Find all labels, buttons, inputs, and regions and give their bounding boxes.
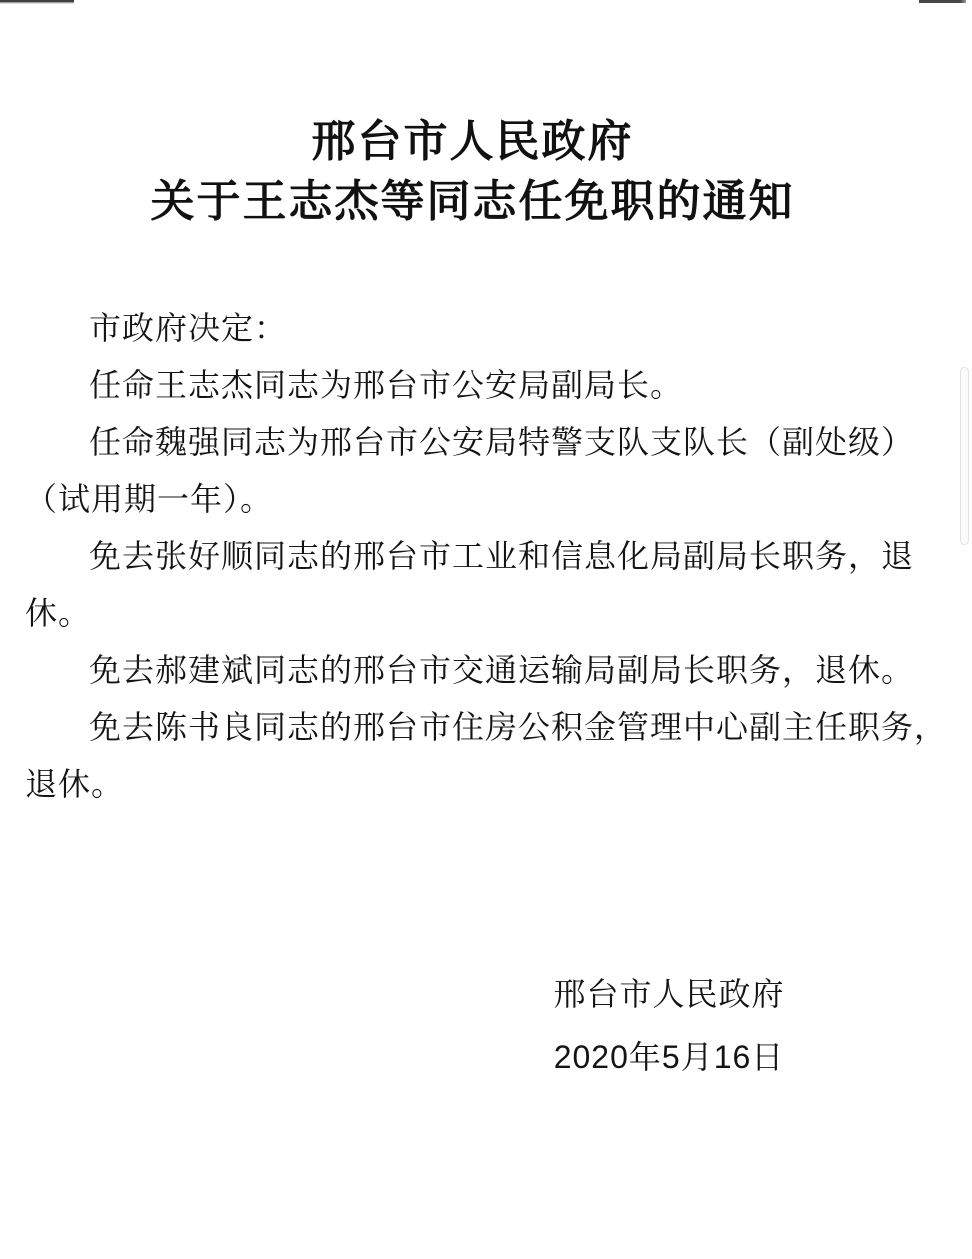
signature-block: 邢台市人民政府 2020年5月16日 [478, 963, 860, 1089]
body-line: 退休。 [25, 756, 925, 813]
body-line: 免去陈书良同志的邢台市住房公积金管理中心副主任职务， [25, 699, 925, 756]
scrollbar-thumb[interactable] [960, 367, 969, 545]
document-title: 邢台市人民政府 关于王志杰等同志任免职的通知 [0, 112, 945, 232]
top-edge-artifact-left [0, 0, 74, 4]
body-line: 任命王志杰同志为邢台市公安局副局长。 [25, 357, 925, 414]
document-body: 市政府决定： 任命王志杰同志为邢台市公安局副局长。 任命魏强同志为邢台市公安局特… [25, 300, 925, 813]
body-line: 休。 [25, 585, 925, 642]
body-line: 免去郝建斌同志的邢台市交通运输局副局长职务，退休。 [25, 642, 925, 699]
body-line: （试用期一年）。 [25, 471, 925, 528]
top-edge-artifact-right [919, 0, 966, 3]
body-line: 任命魏强同志为邢台市公安局特警支队支队长（副处级） [25, 414, 925, 471]
document-title-line2: 关于王志杰等同志任免职的通知 [0, 172, 945, 232]
document-page: 邢台市人民政府 关于王志杰等同志任免职的通知 市政府决定： 任命王志杰同志为邢台… [0, 0, 972, 1259]
document-title-line1: 邢台市人民政府 [0, 112, 945, 172]
body-line: 免去张好顺同志的邢台市工业和信息化局副局长职务，退 [25, 528, 925, 585]
signature-name: 邢台市人民政府 [478, 963, 860, 1026]
body-line: 市政府决定： [25, 300, 925, 357]
signature-date: 2020年5月16日 [478, 1026, 860, 1089]
